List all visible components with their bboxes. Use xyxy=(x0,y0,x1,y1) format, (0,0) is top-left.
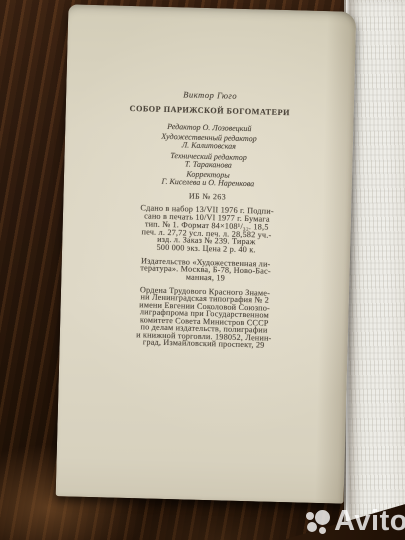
book-author: Виктор Гюго xyxy=(66,86,354,104)
imprint-block: Сдано в набор 13/VII 1976 г. Подпи- сано… xyxy=(62,203,351,257)
publisher-block: Издательство «Художественная ли- тератур… xyxy=(61,255,350,286)
book-photo: Виктор Гюго СОБОР ПАРИЖСКОЙ БОГОМАТЕРИ Р… xyxy=(0,0,405,540)
avito-watermark-label: Avito xyxy=(334,508,405,535)
colophon-text-block: Виктор Гюго СОБОР ПАРИЖСКОЙ БОГОМАТЕРИ Р… xyxy=(60,86,355,351)
book-colophon-page: Виктор Гюго СОБОР ПАРИЖСКОЙ БОГОМАТЕРИ Р… xyxy=(56,4,357,503)
printer-block: Ордена Трудового Красного Знаме- ни Лени… xyxy=(60,284,349,352)
avito-logo-icon xyxy=(304,508,331,535)
book-title: СОБОР ПАРИЖСКОЙ БОГОМАТЕРИ xyxy=(66,102,354,119)
ib-number: ИБ № 263 xyxy=(63,189,351,206)
credits-block: Редактор О. Лозовецкий Художественный ре… xyxy=(64,120,354,191)
avito-watermark: Avito xyxy=(304,508,405,535)
